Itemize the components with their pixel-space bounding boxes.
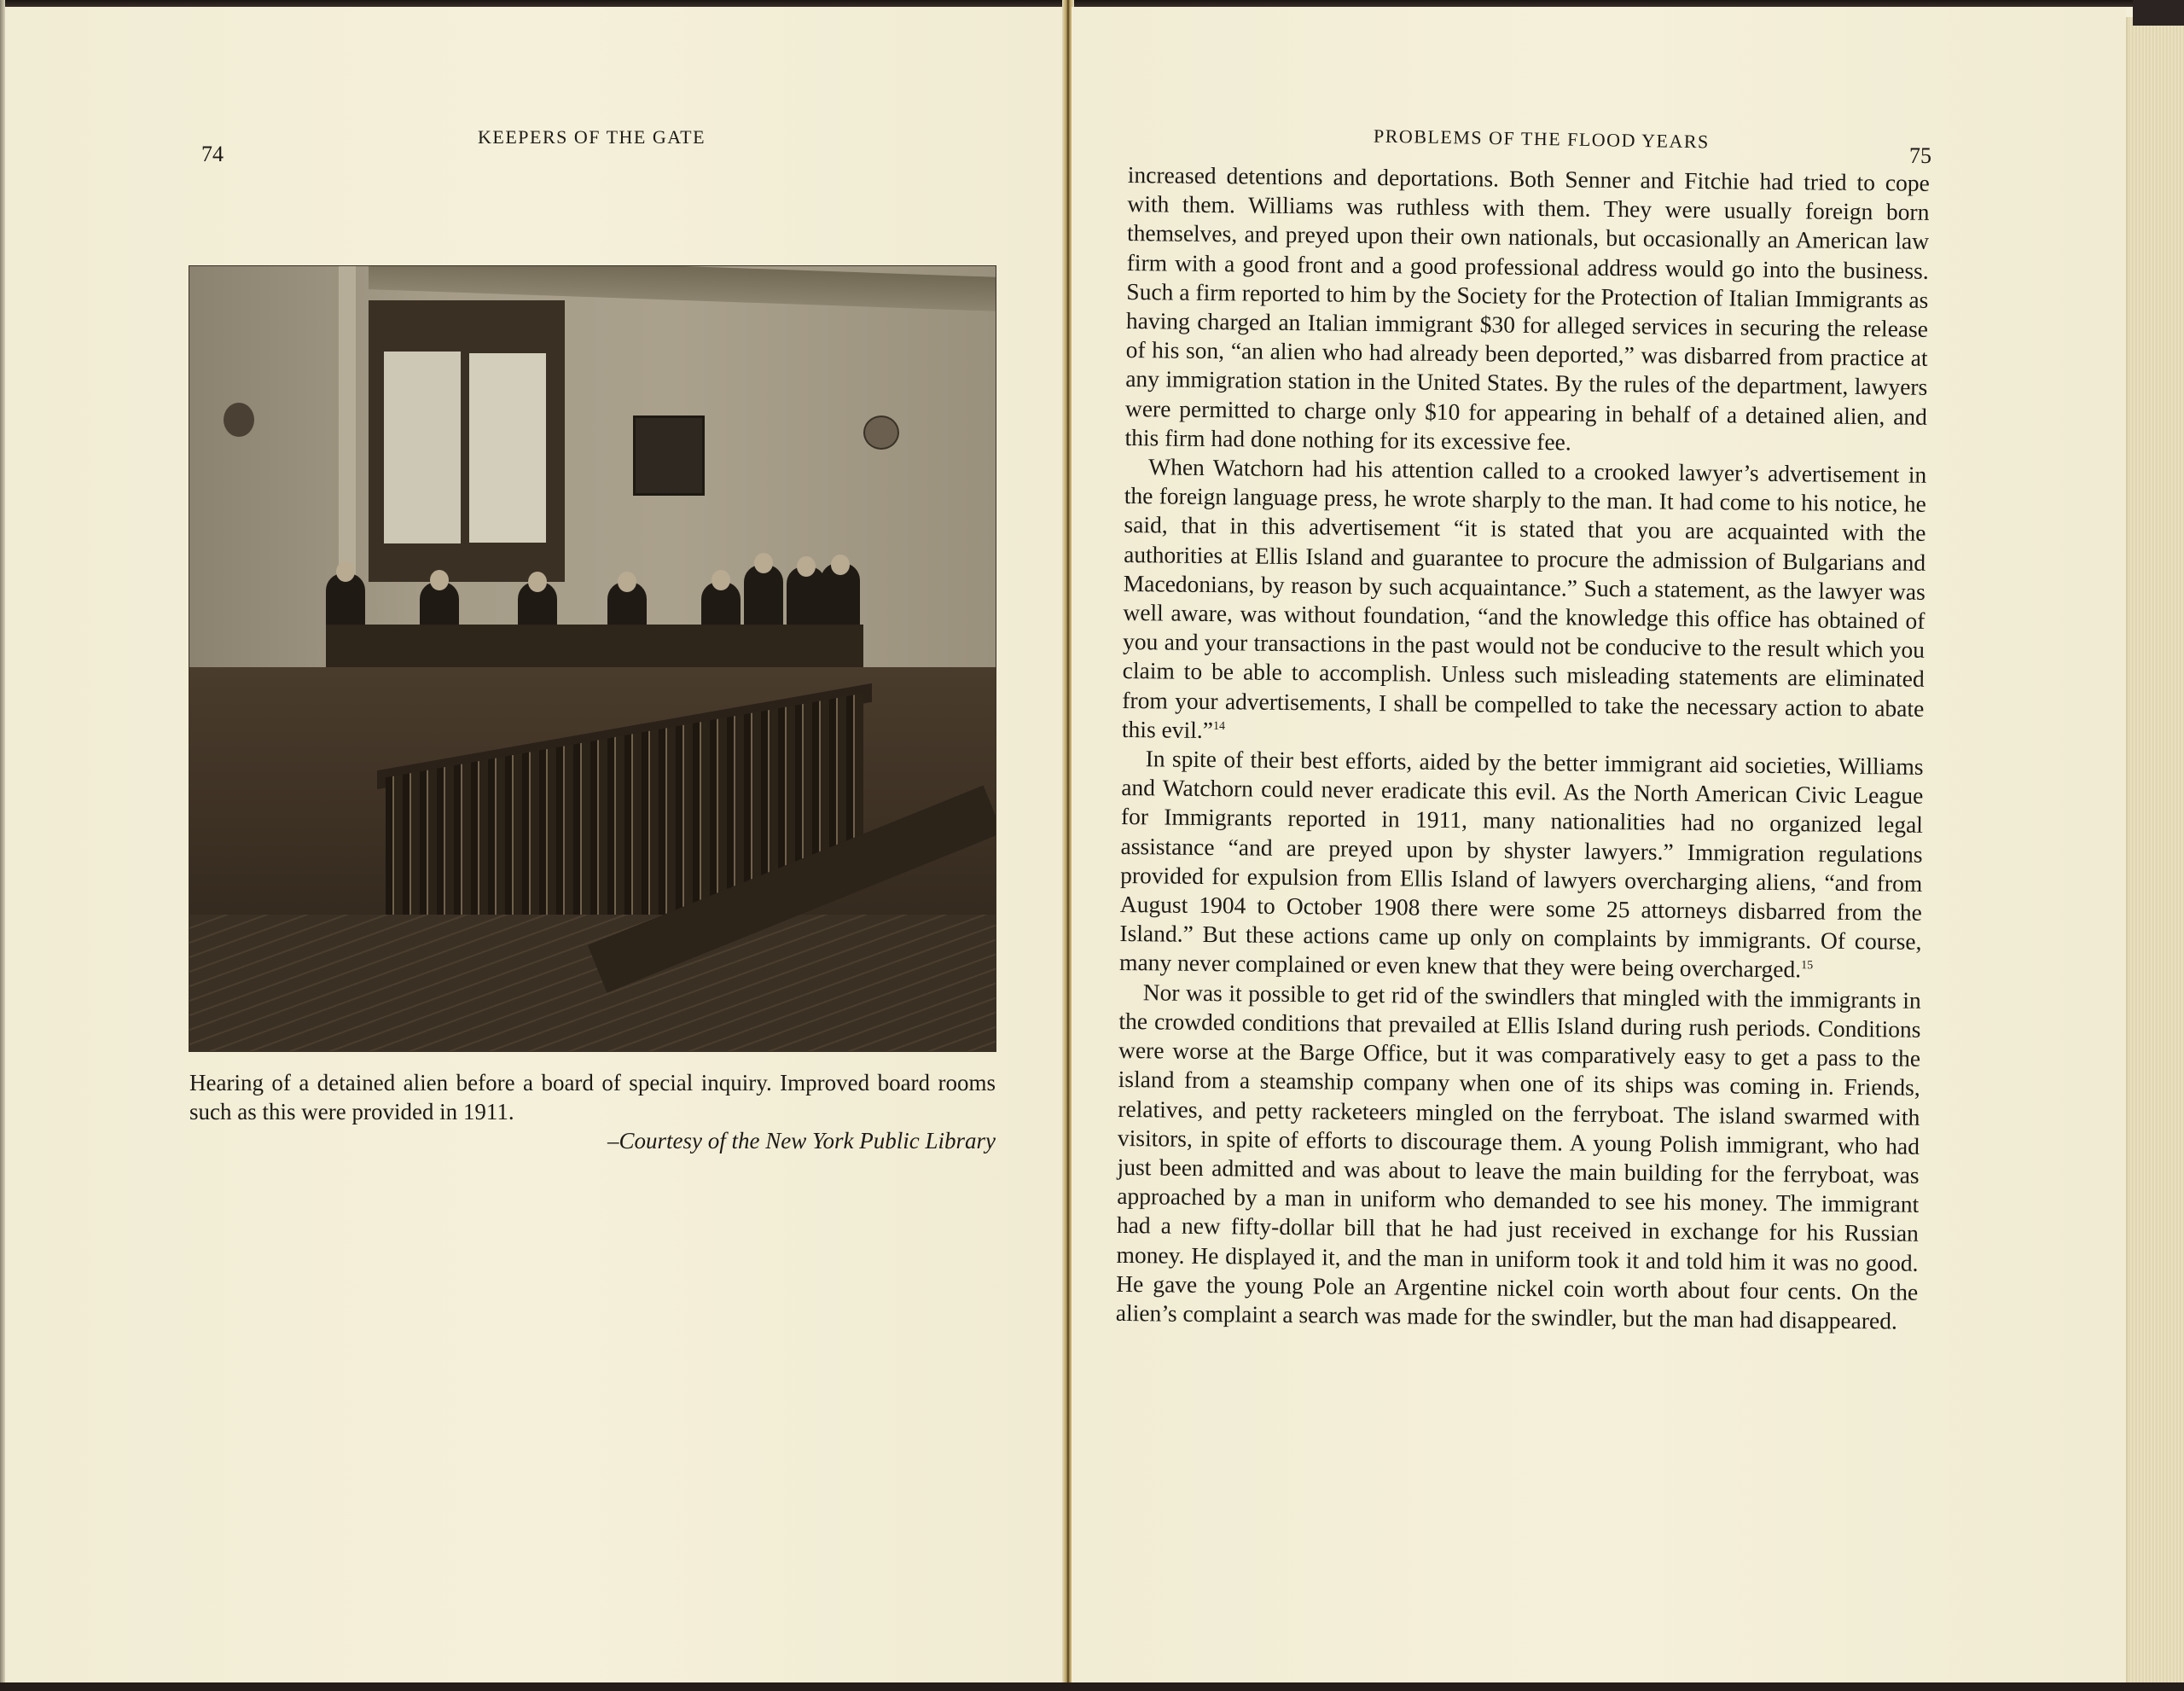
wall-fan-icon: [224, 403, 254, 437]
body-text: increased detentions and deportations. B…: [1116, 160, 1930, 1336]
wall-fan-icon: [863, 415, 899, 450]
photo-floor: [189, 915, 996, 1051]
photo-window-pane: [384, 352, 461, 543]
photo-framed-picture: [633, 415, 705, 496]
footnote-ref[interactable]: 14: [1213, 720, 1225, 733]
figure-credit: –Courtesy of the New York Public Library: [189, 1128, 996, 1154]
book-spread: 74 KEEPERS OF THE GATE Hearing of a deta…: [0, 0, 2184, 1691]
paragraph: In spite of their best efforts, aided by…: [1119, 744, 1924, 985]
photo-window-pane: [469, 353, 546, 543]
book-cover-bottom-edge: [0, 1682, 2184, 1691]
figure-caption: Hearing of a detained alien before a boa…: [189, 1068, 996, 1126]
page-block-edges: [2126, 17, 2184, 1691]
book-cover-corner: [2133, 0, 2184, 26]
paragraph: When Watchorn had his attention called t…: [1122, 452, 1927, 753]
left-running-head: KEEPERS OF THE GATE: [478, 126, 706, 148]
paragraph: Nor was it possible to get rid of the sw…: [1116, 978, 1921, 1336]
paragraph: increased detentions and deportations. B…: [1124, 160, 1930, 461]
footnote-ref[interactable]: 15: [1801, 960, 1813, 973]
book-cover-top-edge: [0, 0, 2184, 7]
right-page-number: 75: [1909, 143, 1931, 169]
courtroom-photograph: [189, 266, 996, 1051]
left-page-number: 74: [201, 142, 224, 167]
